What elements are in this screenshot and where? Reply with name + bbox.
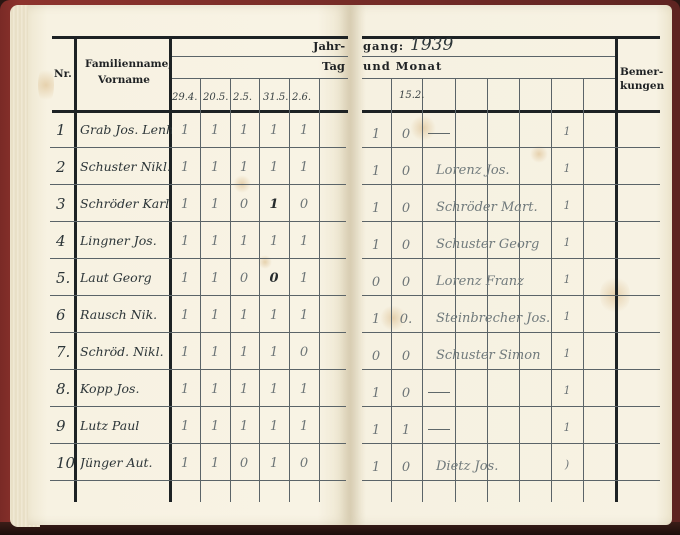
attendance-mark: 1	[290, 271, 318, 286]
attendance-mark: 1	[201, 456, 229, 471]
remark-name: Dietz Jos.	[436, 459, 498, 474]
header-subrule-left	[170, 56, 348, 57]
attendance-mark: 1	[290, 308, 318, 323]
row-rule	[50, 443, 346, 444]
attendance-mark: 0	[392, 386, 420, 401]
row-rule	[50, 406, 346, 407]
member-name: Grab Jos. Lenhart	[80, 122, 172, 137]
date-header: 31.5.	[263, 92, 288, 103]
date-col-rule	[551, 78, 552, 502]
date-col-rule	[230, 78, 231, 502]
attendance-mark: 1	[553, 273, 581, 286]
remark-name: Schuster Simon	[436, 348, 540, 363]
attendance-mark: 1	[260, 382, 288, 397]
remark-name: Lorenz Franz	[436, 274, 524, 289]
row-number: 3	[56, 195, 66, 213]
date-header: 2.5.	[233, 92, 252, 103]
member-name: Laut Georg	[80, 270, 152, 285]
attendance-mark: 1	[362, 423, 390, 438]
attendance-mark: 1	[201, 234, 229, 249]
attendance-mark: 1	[230, 382, 258, 397]
date-col-rule	[319, 78, 320, 502]
attendance-mark: 1	[171, 160, 199, 175]
row-number: 10	[56, 454, 75, 472]
attendance-mark: 1	[230, 308, 258, 323]
row-rule	[362, 258, 660, 259]
attendance-mark: 1	[362, 386, 390, 401]
table-top-rule-left	[52, 36, 348, 39]
date-col-rule	[583, 78, 584, 502]
row-number: 8.	[56, 380, 70, 398]
attendance-mark: 1	[362, 201, 390, 216]
date-header: 15.2.	[399, 90, 424, 101]
day-header-right: und Monat	[363, 60, 442, 73]
attendance-mark: 1	[260, 456, 288, 471]
attendance-mark: 1	[201, 197, 229, 212]
attendance-mark: 1	[230, 345, 258, 360]
member-name: Jünger Aut.	[80, 455, 153, 470]
attendance-mark: 1	[362, 460, 390, 475]
name-header-line1: Familienname,	[85, 58, 172, 71]
attendance-mark: 1	[260, 345, 288, 360]
header-subrule-right	[362, 56, 616, 57]
attendance-mark: 1	[553, 199, 581, 212]
attendance-mark: 1	[201, 271, 229, 286]
row-rule	[50, 369, 346, 370]
date-col-rule	[519, 78, 520, 502]
remark-name: Lorenz Jos.	[436, 163, 510, 178]
attendance-mark: 0	[362, 349, 390, 364]
attendance-mark: 1	[230, 123, 258, 138]
attendance-mark: 1	[553, 310, 581, 323]
attendance-mark: 1	[171, 271, 199, 286]
attendance-mark: 1	[171, 419, 199, 434]
date-col-rule	[200, 78, 201, 502]
member-name: Lutz Paul	[80, 418, 139, 433]
row-rule	[362, 480, 660, 481]
attendance-mark: 1	[260, 197, 288, 212]
header-subrule-right	[362, 78, 616, 79]
attendance-mark: 1	[171, 234, 199, 249]
row-rule	[50, 295, 346, 296]
member-name: Schröder Karl	[80, 196, 169, 211]
member-name: Schröd. Nikl.	[80, 344, 164, 359]
row-rule	[50, 332, 346, 333]
attendance-mark: )	[553, 458, 581, 471]
member-name: Schuster Nikl.	[80, 159, 171, 174]
attendance-mark: 1	[260, 160, 288, 175]
remark-dash	[428, 392, 450, 393]
date-col-rule	[289, 78, 290, 502]
attendance-mark: 0	[230, 456, 258, 471]
row-number: 2	[56, 158, 66, 176]
attendance-mark: 1	[553, 236, 581, 249]
row-number: 5.	[56, 269, 70, 287]
year-value: 1939	[410, 35, 453, 55]
attendance-mark: 1	[290, 382, 318, 397]
attendance-mark: 1	[171, 456, 199, 471]
row-rule	[50, 221, 346, 222]
date-header: 2.6.	[292, 92, 311, 103]
row-rule	[362, 295, 660, 296]
row-rule	[50, 147, 346, 148]
stain	[38, 65, 54, 105]
day-header-left: Tag	[322, 60, 345, 73]
year-header-right: gang:	[363, 40, 404, 53]
remark-name: Steinbrecher Jos.	[436, 311, 550, 326]
attendance-mark: 1	[171, 345, 199, 360]
attendance-mark: 1	[362, 238, 390, 253]
attendance-mark: 1	[290, 123, 318, 138]
attendance-mark: 0	[392, 201, 420, 216]
attendance-mark: 1	[171, 308, 199, 323]
attendance-mark: 1	[171, 382, 199, 397]
attendance-mark: 1	[553, 421, 581, 434]
row-rule	[362, 147, 660, 148]
attendance-mark: 0.	[392, 312, 420, 327]
remark-name: Schuster Georg	[436, 237, 539, 252]
attendance-mark: 1	[260, 308, 288, 323]
attendance-mark: 1	[201, 123, 229, 138]
attendance-mark: 0	[230, 197, 258, 212]
attendance-mark: 1	[392, 423, 420, 438]
attendance-mark: 0	[290, 345, 318, 360]
remark-name: Schröder Mart.	[436, 200, 538, 215]
member-name: Rausch Nik.	[80, 307, 157, 322]
attendance-mark: 1	[201, 419, 229, 434]
attendance-mark: 1	[290, 160, 318, 175]
attendance-mark: 1	[362, 312, 390, 327]
attendance-mark: 0	[392, 164, 420, 179]
attendance-mark: 0	[290, 197, 318, 212]
row-number: 1	[56, 121, 66, 139]
row-rule	[362, 332, 660, 333]
remark-dash	[428, 429, 450, 430]
row-rule	[362, 406, 660, 407]
row-rule	[362, 443, 660, 444]
nr-column-rule	[74, 36, 77, 502]
attendance-mark: 0	[392, 275, 420, 290]
attendance-mark: 0	[392, 349, 420, 364]
remarks-header-line1: Bemer-	[620, 66, 663, 79]
attendance-mark: 0	[290, 456, 318, 471]
row-number: 9	[56, 417, 66, 435]
attendance-mark: 0	[260, 271, 288, 286]
attendance-mark: 1	[230, 419, 258, 434]
date-col-rule	[422, 78, 423, 502]
attendance-mark: 0	[362, 275, 390, 290]
attendance-mark: 1	[260, 123, 288, 138]
nr-header: Nr.	[54, 68, 72, 81]
row-rule	[50, 258, 346, 259]
attendance-mark: 1	[260, 234, 288, 249]
date-col-rule	[455, 78, 456, 502]
date-header: 20.5.	[203, 92, 228, 103]
row-number: 4	[56, 232, 66, 250]
row-rule	[362, 221, 660, 222]
row-number: 7.	[56, 343, 70, 361]
row-rule	[362, 184, 660, 185]
year-header-left: Jahr-	[313, 40, 345, 53]
attendance-mark: 1	[171, 123, 199, 138]
attendance-mark: 1	[553, 162, 581, 175]
row-rule	[362, 369, 660, 370]
member-name: Kopp Jos.	[80, 381, 139, 396]
row-rule	[50, 480, 346, 481]
attendance-mark: 1	[171, 197, 199, 212]
attendance-mark: 1	[362, 164, 390, 179]
attendance-mark: 0	[230, 271, 258, 286]
attendance-mark: 0	[392, 238, 420, 253]
attendance-mark: 1	[201, 308, 229, 323]
attendance-mark: 0	[392, 127, 420, 142]
attendance-mark: 1	[201, 160, 229, 175]
member-name: Lingner Jos.	[80, 233, 157, 248]
row-rule	[50, 184, 346, 185]
remarks-header-line2: kungen	[620, 80, 664, 93]
row-number: 6	[56, 306, 66, 324]
attendance-mark: 1	[201, 345, 229, 360]
attendance-mark: 1	[553, 125, 581, 138]
attendance-mark: 1	[260, 419, 288, 434]
attendance-mark: 1	[230, 160, 258, 175]
attendance-mark: 1	[290, 419, 318, 434]
attendance-mark: 1	[362, 127, 390, 142]
remark-dash	[428, 133, 450, 134]
name-header-line2: Vorname	[98, 74, 150, 87]
date-header: 29.4.	[172, 92, 197, 103]
attendance-mark: 1	[290, 234, 318, 249]
attendance-mark: 0	[392, 460, 420, 475]
attendance-mark: 1	[553, 347, 581, 360]
date-col-rule	[487, 78, 488, 502]
attendance-mark: 1	[553, 384, 581, 397]
date-col-rule	[259, 78, 260, 502]
attendance-mark: 1	[201, 382, 229, 397]
attendance-mark: 1	[230, 234, 258, 249]
remarks-column-rule	[615, 36, 618, 502]
